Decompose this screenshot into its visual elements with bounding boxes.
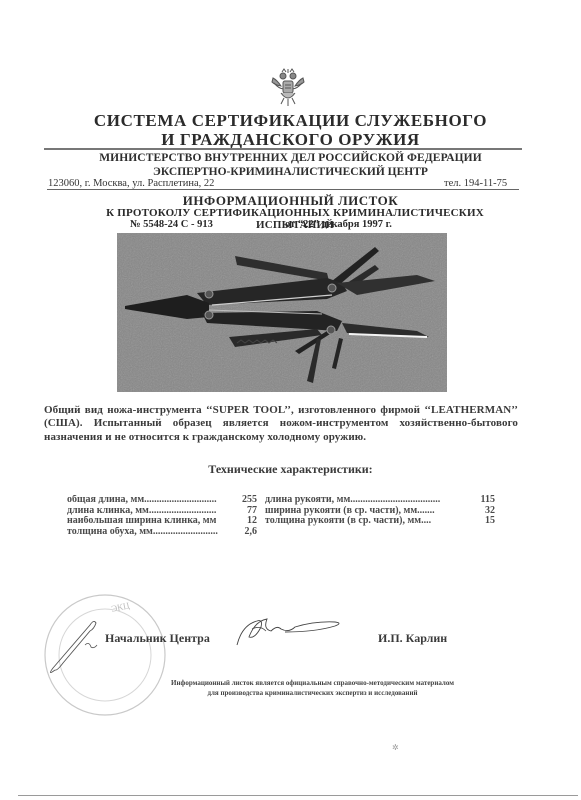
- chief-position: Начальник Центра: [105, 631, 210, 646]
- svg-text:ЭКЦ: ЭКЦ: [110, 600, 131, 614]
- spec-label: наибольшая ширина клинка, мм: [67, 516, 216, 527]
- address: 123060, г. Москва, ул. Расплетина, 22: [48, 178, 214, 189]
- russian-eagle-emblem-icon: [268, 66, 308, 110]
- scan-speck-icon: ✲: [392, 743, 399, 752]
- spec-row: длина клинка, мм........................…: [67, 506, 257, 517]
- specs-left-column: общая длина, мм.........................…: [67, 495, 257, 538]
- system-title-line2: И ГРАЖДАНСКОГО ОРУЖИЯ: [0, 130, 581, 150]
- center-name: ЭКСПЕРТНО-КРИМИНАЛИСТИЧЕСКИЙ ЦЕНТР: [0, 166, 581, 178]
- system-title-line1: СИСТЕМА СЕРТИФИКАЦИИ СЛУЖЕБНОГО: [0, 111, 581, 131]
- ministry-name: МИНИСТЕРСТВО ВНУТРЕННИХ ДЕЛ РОССИЙСКОЙ Ф…: [0, 152, 581, 164]
- footer-note-line1: Информационный листок является официальн…: [50, 679, 575, 687]
- address-divider: [47, 189, 519, 190]
- specs-right-column: длина рукояти, мм.......................…: [265, 495, 495, 527]
- spec-row: ширина рукояти (в ср. части), мм.......3…: [265, 506, 495, 517]
- spec-row: толщина обуха, мм.......................…: [67, 527, 257, 538]
- signatory-name: И.П. Карлин: [378, 631, 447, 646]
- spec-label: общая длина, мм.........................…: [67, 495, 217, 506]
- spec-row: общая длина, мм.........................…: [67, 495, 257, 506]
- spec-label: длина рукояти, мм.......................…: [265, 495, 440, 506]
- phone: тел. 194-11-75: [444, 178, 507, 189]
- spec-label: ширина рукояти (в ср. части), мм.......: [265, 506, 435, 517]
- initials-signature-icon: [45, 615, 115, 677]
- spec-value: 2,6: [229, 527, 257, 538]
- spec-value: 15: [465, 516, 495, 527]
- multitool-photo: [117, 233, 447, 392]
- header-divider: [44, 148, 522, 150]
- protocol-number: № 5548-24 С - 913: [130, 219, 213, 230]
- spec-label: толщина обуха, мм.......................…: [67, 527, 218, 538]
- spec-row: наибольшая ширина клинка, мм12: [67, 516, 257, 527]
- scan-edge-line: [18, 795, 578, 796]
- handwritten-signature-icon: [232, 615, 342, 650]
- footer-note-line2: для производства криминалистических эксп…: [50, 689, 575, 697]
- spec-label: длина клинка, мм........................…: [67, 506, 216, 517]
- spec-row: длина рукояти, мм.......................…: [265, 495, 495, 506]
- spec-row: толщина рукояти (в ср. части), мм....15: [265, 516, 495, 527]
- protocol-date: от “22” декабря 1997 г.: [285, 219, 392, 230]
- spec-label: толщина рукояти (в ср. части), мм....: [265, 516, 431, 527]
- tool-description: Общий вид ножа-инструмента ‘‘SUPER TOOL’…: [44, 404, 518, 444]
- specs-title: Технические характеристики:: [0, 462, 581, 477]
